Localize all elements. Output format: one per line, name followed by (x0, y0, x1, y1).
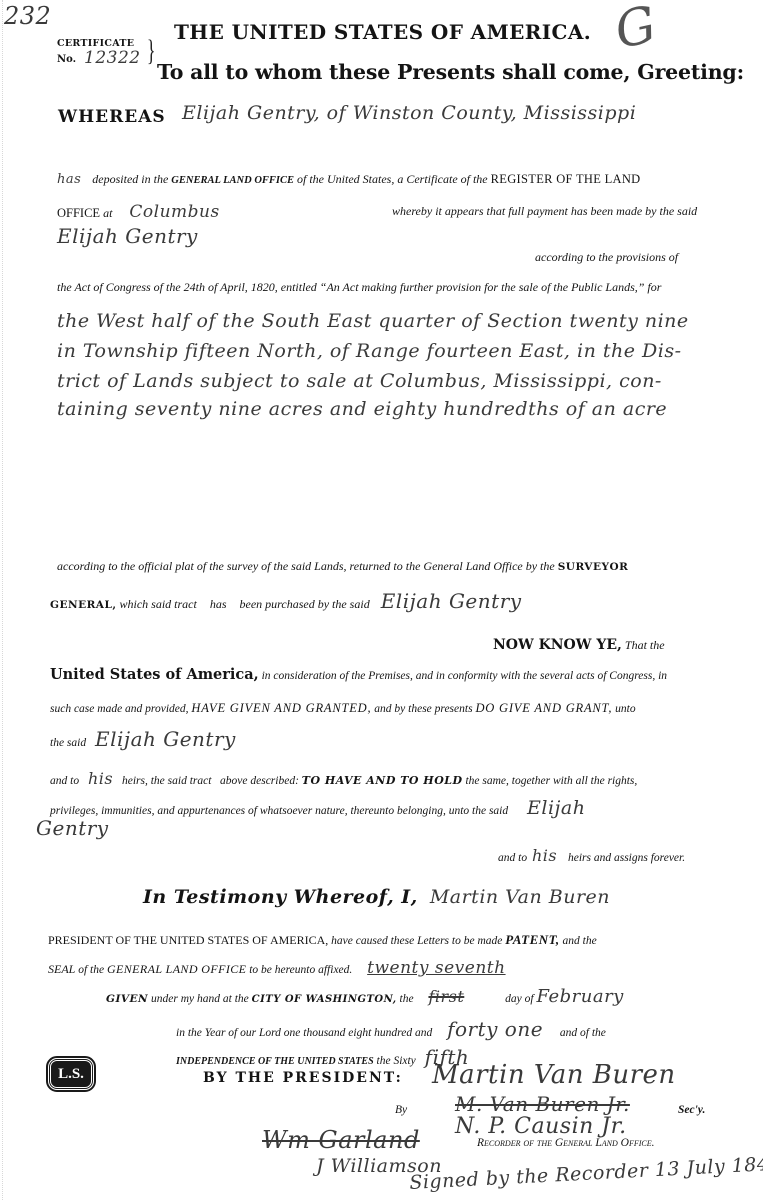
certificate-brace: } (147, 36, 156, 66)
struck-signature-left: Wm Garland (262, 1126, 420, 1154)
seal-line: SEAL of the GENERAL LAND OFFICE to be he… (48, 958, 506, 978)
land-description-line-2: in Township fifteen North, of Range four… (57, 336, 682, 366)
heirs-line: and to his heirs, the said tract above d… (50, 769, 637, 788)
office-line: OFFICE at Columbus (57, 202, 220, 222)
year-handwritten: forty one (447, 1017, 543, 1041)
day-handwritten: twenty seventh (367, 958, 505, 978)
to-have-and-to-hold: TO HAVE AND TO HOLD (302, 774, 463, 787)
signed-by-recorder-note: Signed by the Recorder 13 July 1841 (409, 1153, 763, 1194)
land-description-line-3: trict of Lands subject to sale at Columb… (57, 366, 662, 396)
struck-day-handwritten: first (428, 987, 464, 1006)
deposit-line: has deposited in the GENERAL LAND OFFICE… (57, 172, 641, 187)
certificate-number: 12322 (84, 48, 141, 68)
scan-margin-artifact (2, 0, 4, 1200)
given-line: GIVEN under my hand at the CITY OF WASHI… (106, 986, 624, 1007)
struck-secretary-signature: M. Van Buren Jr. (455, 1092, 630, 1116)
by-label: By (395, 1104, 407, 1116)
grantee-residence-handwritten: Elijah Gentry, of Winston County, Missis… (182, 102, 636, 124)
greeting-heading: To all to whom these Presents shall come… (157, 60, 744, 84)
purchaser-handwritten: Elijah Gentry (381, 589, 522, 613)
president-line: PRESIDENT OF THE UNITED STATES OF AMERIC… (48, 932, 597, 948)
act-of-congress-line: the Act of Congress of the 24th of April… (57, 280, 661, 295)
president-name-handwritten: Martin Van Buren (430, 886, 610, 908)
general-land-office-bold: GENERAL LAND OFFICE (171, 175, 294, 186)
president-signature: Martin Van Buren (432, 1060, 676, 1090)
ls-seal-badge: L.S. (48, 1058, 94, 1090)
grantee-line: the said Elijah Gentry (50, 727, 236, 751)
certificate-no-label: No. (57, 54, 76, 65)
independence-line: INDEPENDENCE OF THE UNITED STATES the Si… (176, 1045, 469, 1069)
privileges-line: privileges, immunities, and appurtenance… (50, 797, 586, 819)
month-handwritten: February (536, 986, 623, 1007)
payer-handwritten: Elijah Gentry (57, 224, 198, 248)
document-title: THE UNITED STATES OF AMERICA. (174, 20, 591, 44)
land-description-line-4: taining seventy nine acres and eighty hu… (57, 394, 667, 424)
year-line: in the Year of our Lord one thousand eig… (176, 1017, 606, 1041)
granted-line: such case made and provided, HAVE GIVEN … (50, 701, 636, 716)
whereas-label: WHEREAS (58, 107, 166, 127)
has-handwritten: has (57, 172, 81, 187)
survey-line: according to the official plat of the su… (57, 559, 628, 574)
by-the-president-label: BY THE PRESIDENT: (203, 1070, 403, 1086)
recorder-label: Recorder of the General Land Office. (477, 1137, 655, 1149)
secy-label: Sec'y. (678, 1104, 705, 1116)
page-number-handwritten: 232 (4, 2, 51, 30)
corner-initial-handwritten: G (610, 0, 662, 60)
office-place-handwritten: Columbus (129, 202, 219, 222)
now-know-ye-line: NOW KNOW YE, That the (493, 637, 665, 653)
land-description-line-1: the West half of the South East quarter … (57, 306, 689, 336)
surname-handwritten: Gentry (36, 816, 109, 840)
whereby-text: whereby it appears that full payment has… (392, 204, 697, 219)
general-line: GENERAL, which said tract has been purch… (50, 589, 522, 613)
testimony-line: In Testimony Whereof, I, Martin Van Bure… (143, 886, 610, 908)
usa-consideration-line: United States of America, in considerati… (50, 666, 667, 683)
provisions-text: according to the provisions of (535, 250, 678, 265)
forever-line: and to his heirs and assigns forever. (498, 846, 685, 865)
grantee-handwritten: Elijah Gentry (95, 727, 236, 751)
recorder-signature: N. P. Causin Jr. (455, 1114, 627, 1139)
